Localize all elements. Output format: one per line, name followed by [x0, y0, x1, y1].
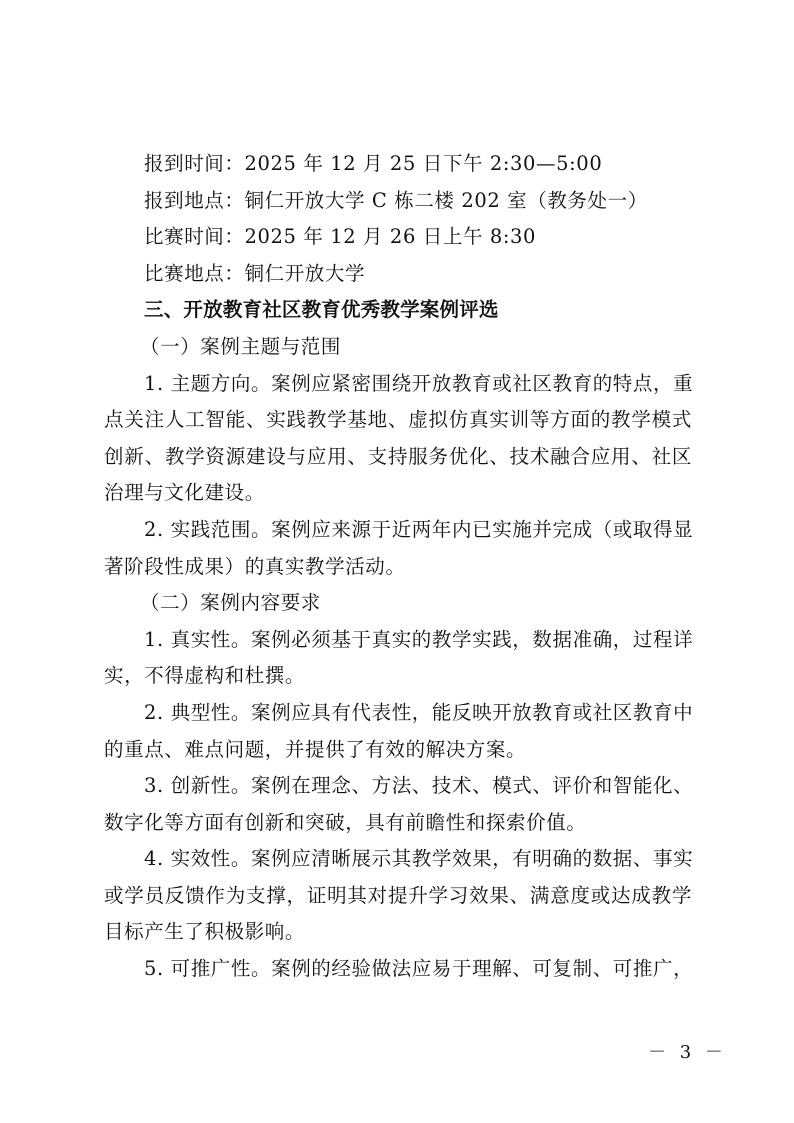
paragraph-line: 著阶段性成果）的真实教学活动。	[104, 549, 692, 586]
paragraph-line: 2. 实践范围。案例应来源于近两年内已实施并完成（或取得显	[104, 512, 692, 549]
paragraph-line: 1. 主题方向。案例应紧密围绕开放教育或社区教育的特点，重	[104, 366, 692, 403]
paragraph-practice-scope: 2. 实践范围。案例应来源于近两年内已实施并完成（或取得显 著阶段性成果）的真实…	[104, 512, 692, 585]
subsection-heading-2: （二）案例内容要求	[104, 585, 692, 622]
paragraph-line: 点关注人工智能、实践教学基地、虚拟仿真实训等方面的教学模式	[104, 402, 692, 439]
paragraph-line: 5. 可推广性。案例的经验做法应易于理解、可复制、可推广，	[104, 951, 692, 988]
paragraph-theme-direction: 1. 主题方向。案例应紧密围绕开放教育或社区教育的特点，重 点关注人工智能、实践…	[104, 366, 692, 512]
paragraph-authenticity: 1. 真实性。案例必须基于真实的教学实践，数据准确，过程详 实，不得虚构和杜撰。	[104, 622, 692, 695]
paragraph-line: 目标产生了积极影响。	[104, 914, 692, 951]
competition-location: 比赛地点：铜仁开放大学	[104, 256, 692, 293]
page-content: 报到时间：2025 年 12 月 25 日下午 2:30—5:00 报到地点：铜…	[104, 146, 692, 988]
paragraph-line: 数字化等方面有创新和突破，具有前瞻性和探索价值。	[104, 805, 692, 842]
paragraph-line: 创新、教学资源建设与应用、支持服务优化、技术融合应用、社区	[104, 439, 692, 476]
paragraph-typicality: 2. 典型性。案例应具有代表性，能反映开放教育或社区教育中 的重点、难点问题，并…	[104, 695, 692, 768]
paragraph-line: 2. 典型性。案例应具有代表性，能反映开放教育或社区教育中	[104, 695, 692, 732]
document-page: 报到时间：2025 年 12 月 25 日下午 2:30—5:00 报到地点：铜…	[0, 0, 794, 1123]
paragraph-scalability: 5. 可推广性。案例的经验做法应易于理解、可复制、可推广，	[104, 951, 692, 988]
section-heading: 三、开放教育社区教育优秀教学案例评选	[104, 292, 692, 329]
paragraph-line: 1. 真实性。案例必须基于真实的教学实践，数据准确，过程详	[104, 622, 692, 659]
registration-time: 报到时间：2025 年 12 月 25 日下午 2:30—5:00	[104, 146, 692, 183]
subsection-heading-1: （一）案例主题与范围	[104, 329, 692, 366]
paragraph-line: 3. 创新性。案例在理念、方法、技术、模式、评价和智能化、	[104, 768, 692, 805]
paragraph-line: 治理与文化建设。	[104, 475, 692, 512]
paragraph-line: 4. 实效性。案例应清晰展示其教学效果，有明确的数据、事实	[104, 841, 692, 878]
registration-location: 报到地点：铜仁开放大学 C 栋二楼 202 室（教务处一）	[104, 183, 692, 220]
paragraph-line: 实，不得虚构和杜撰。	[104, 658, 692, 695]
paragraph-line: 或学员反馈作为支撑，证明其对提升学习效果、满意度或达成教学	[104, 878, 692, 915]
paragraph-innovation: 3. 创新性。案例在理念、方法、技术、模式、评价和智能化、 数字化等方面有创新和…	[104, 768, 692, 841]
page-number: － 3 －	[648, 1038, 727, 1064]
paragraph-line: 的重点、难点问题，并提供了有效的解决方案。	[104, 732, 692, 769]
paragraph-effectiveness: 4. 实效性。案例应清晰展示其教学效果，有明确的数据、事实 或学员反馈作为支撑，…	[104, 841, 692, 951]
competition-time: 比赛时间：2025 年 12 月 26 日上午 8:30	[104, 219, 692, 256]
